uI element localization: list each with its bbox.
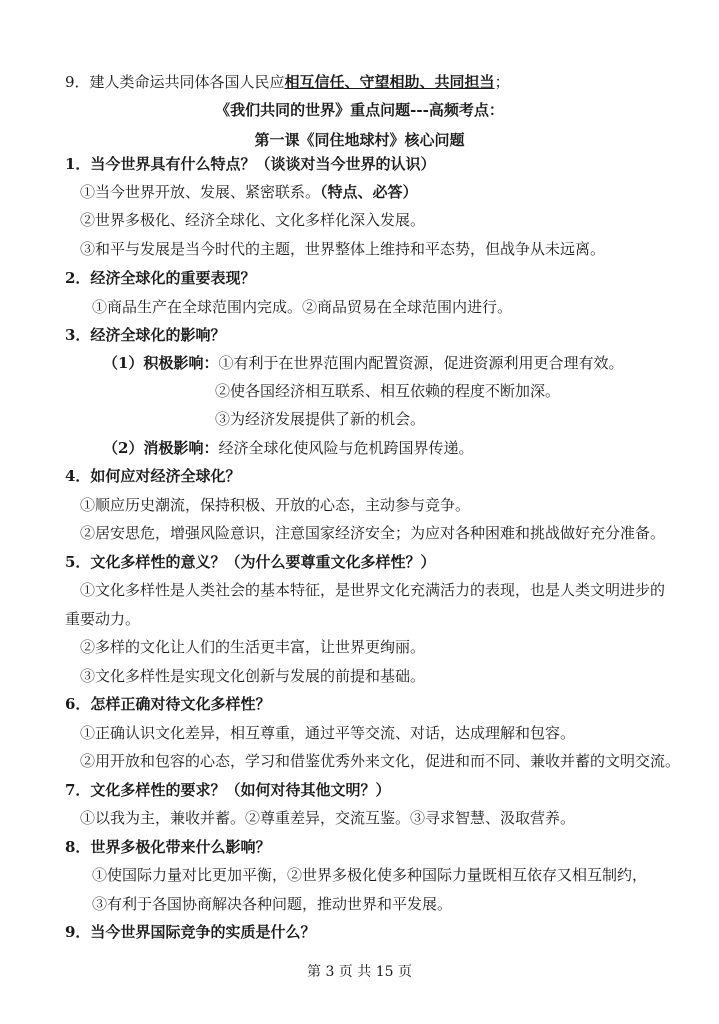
top-line-emphasis: 相互信任、守望相助、共同担当 — [285, 73, 495, 91]
section-3-heading: 3．经济全球化的影响？ — [65, 325, 225, 345]
section-1-item-1: ①当今世界开放、发展、紧密联系。（特点、必答） — [80, 182, 418, 202]
section-6-item-1: ①正确认识文化差异，相互尊重，通过平等交流、对话，达成理解和包容。 — [80, 723, 575, 743]
top-line: 9．建人类命运共同体各国人民应相互信任、守望相助、共同担当； — [65, 72, 510, 92]
section-3-item-3: ③为经济发展提供了新的机会。 — [215, 409, 425, 429]
section-1-heading: 1．当今世界具有什么特点？（谈谈对当今世界的认识） — [65, 154, 435, 174]
section-4-item-2: ②居安思危，增强风险意识，注意国家经济安全；为应对各种困难和挑战做好充分准备。 — [80, 523, 665, 543]
item-text: 经济全球化使风险与危机跨国界传递。 — [218, 439, 473, 457]
section-5-heading: 5．文化多样性的意义？（为什么要尊重文化多样性？） — [65, 552, 435, 572]
top-line-prefix: 9．建人类命运共同体各国人民应 — [65, 73, 285, 91]
item-text: ①有利于在世界范围内配置资源，促进资源利用更合理有效。 — [218, 354, 623, 372]
doc-title: 《我们共同的世界》重点问题---高频考点： — [0, 100, 719, 120]
section-8-heading: 8．世界多极化带来什么影响？ — [65, 837, 270, 857]
top-line-suffix: ； — [495, 73, 510, 91]
section-2-heading: 2．经济全球化的重要表现？ — [65, 268, 255, 288]
section-2-item-1: ①商品生产在全球范围内完成。②商品贸易在全球范围内进行。 — [92, 297, 512, 317]
section-1-item-2: ②世界多极化、经济全球化、文化多样化深入发展。 — [80, 210, 425, 230]
section-5-item-1: ①文化多样性是人类社会的基本特征，是世界文化充满活力的表现，也是人类文明进步的 — [80, 580, 665, 600]
doc-subtitle: 第一课《同住地球村》核心问题 — [0, 130, 719, 150]
section-4-item-1: ①顺应历史潮流，保持积极、开放的心态，主动参与竞争。 — [80, 495, 470, 515]
section-6-item-2: ②用开放和包容的心态，学习和借鉴优秀外来文化，促进和而不同、兼收并蓄的文明交流。 — [80, 751, 680, 771]
section-7-item-1: ①以我为主，兼收并蓄。②尊重差异，交流互鉴。③寻求智慧、汲取营养。 — [80, 808, 575, 828]
section-8-item-1: ①使国际力量对比更加平衡，②世界多极化使多种国际力量既相互依存又相互制约， — [92, 865, 647, 885]
section-6-heading: 6．怎样正确对待文化多样性？ — [65, 694, 270, 714]
section-5-item-1-continuation: 重要动力。 — [65, 609, 140, 629]
section-1-item-3: ③和平与发展是当今时代的主题，世界整体上维持和平态势，但战争从未远离。 — [80, 239, 605, 259]
section-9-heading: 9．当今世界国际竞争的实质是什么？ — [65, 922, 315, 942]
section-3-item-4: （2）消极影响：经济全球化使风险与危机跨国界传递。 — [103, 438, 473, 458]
section-5-item-3: ③文化多样性是实现文化创新与发展的前提和基础。 — [80, 666, 425, 686]
item-text: ①当今世界开放、发展、紧密联系。 — [80, 183, 320, 201]
section-7-heading: 7．文化多样性的要求？（如何对待其他文明？） — [65, 780, 390, 800]
item-bold-note: （特点、必答） — [320, 183, 418, 201]
positive-impact-label: （1）积极影响： — [103, 354, 218, 372]
negative-impact-label: （2）消极影响： — [103, 439, 218, 457]
page-number: 第 3 页 共 15 页 — [0, 962, 719, 982]
section-5-item-2: ②多样的文化让人们的生活更丰富，让世界更绚丽。 — [80, 637, 425, 657]
section-3-item-2: ②使各国经济相互联系、相互依赖的程度不断加深。 — [215, 381, 560, 401]
section-3-item-1: （1）积极影响：①有利于在世界范围内配置资源，促进资源利用更合理有效。 — [103, 353, 623, 373]
section-8-item-2: ③有利于各国协商解决各种问题，推动世界和平发展。 — [92, 894, 452, 914]
section-4-heading: 4．如何应对经济全球化？ — [65, 466, 240, 486]
